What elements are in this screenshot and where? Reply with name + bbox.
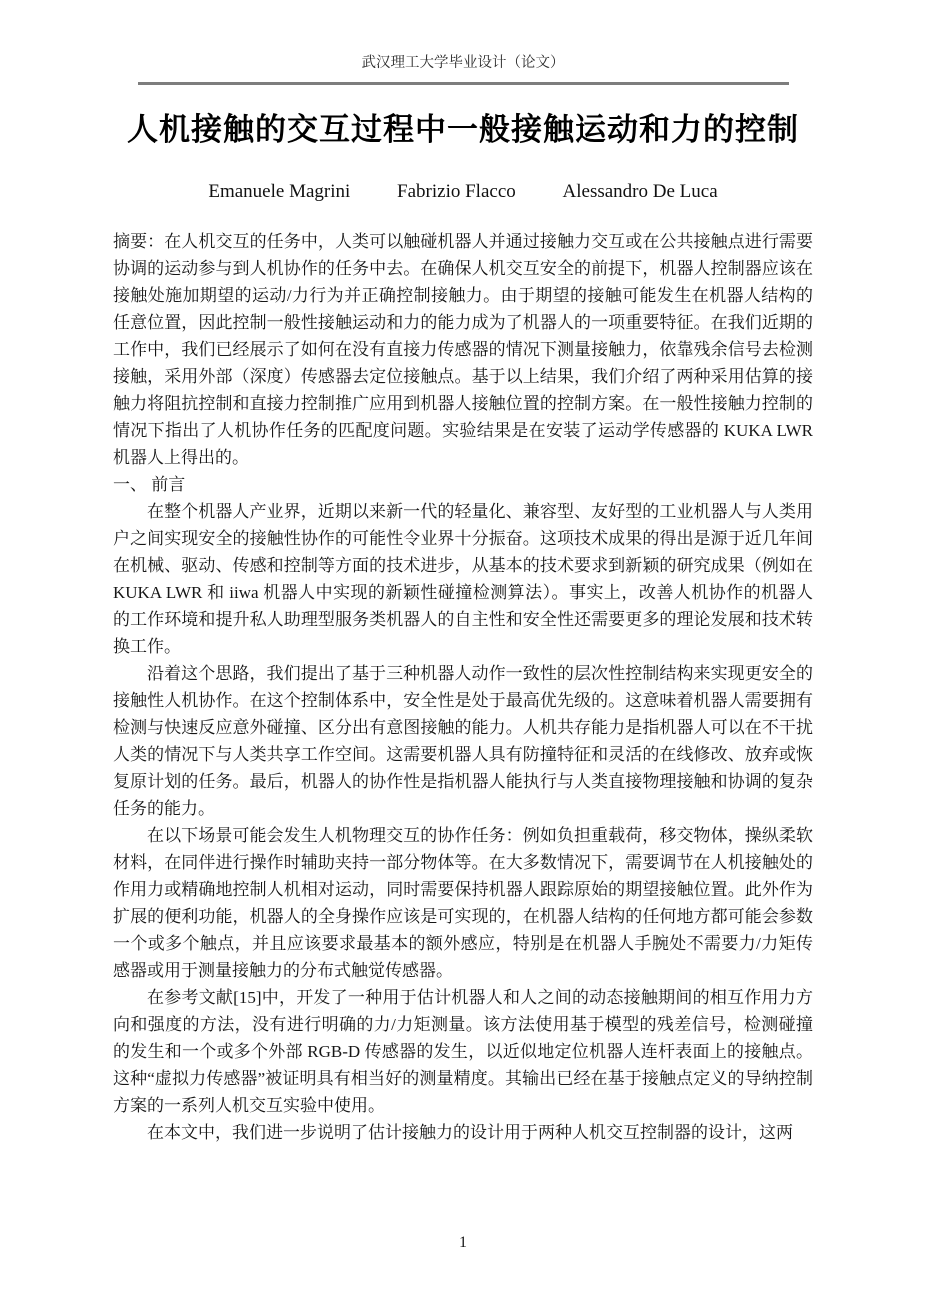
document-page: 武汉理工大学毕业设计（论文） 人机接触的交互过程中一般接触运动和力的控制 Ema…	[0, 0, 926, 1309]
running-header: 武汉理工大学毕业设计（论文）	[0, 0, 926, 73]
intro-paragraph: 在以下场景可能会发生人机物理交互的协作任务：例如负担重载荷，移交物体，操纵柔软材…	[113, 822, 813, 984]
header-divider	[138, 82, 789, 85]
intro-paragraph: 在整个机器人产业界，近期以来新一代的轻量化、兼容型、友好型的工业机器人与人类用户…	[113, 498, 813, 660]
abstract-paragraph: 摘要：在人机交互的任务中，人类可以触碰机器人并通过接触力交互或在公共接触点进行需…	[113, 228, 813, 471]
intro-paragraph: 在本文中，我们进一步说明了估计接触力的设计用于两种人机交互控制器的设计，这两	[113, 1119, 813, 1146]
intro-paragraph: 沿着这个思路，我们提出了基于三种机器人动作一致性的层次性控制结构来实现更安全的接…	[113, 660, 813, 822]
document-body: 摘要：在人机交互的任务中，人类可以触碰机器人并通过接触力交互或在公共接触点进行需…	[113, 228, 813, 1146]
page-title: 人机接触的交互过程中一般接触运动和力的控制	[80, 108, 846, 152]
author-name: Emanuele Magrini	[208, 181, 350, 202]
authors-line: Emanuele Magrini Fabrizio Flacco Alessan…	[0, 181, 926, 203]
author-name: Fabrizio Flacco	[397, 181, 516, 202]
page-number: 1	[0, 1234, 926, 1252]
author-name: Alessandro De Luca	[563, 181, 718, 202]
intro-paragraph: 在参考文献[15]中，开发了一种用于估计机器人和人之间的动态接触期间的相互作用力…	[113, 984, 813, 1119]
section-heading-introduction: 一、 前言	[113, 471, 813, 498]
